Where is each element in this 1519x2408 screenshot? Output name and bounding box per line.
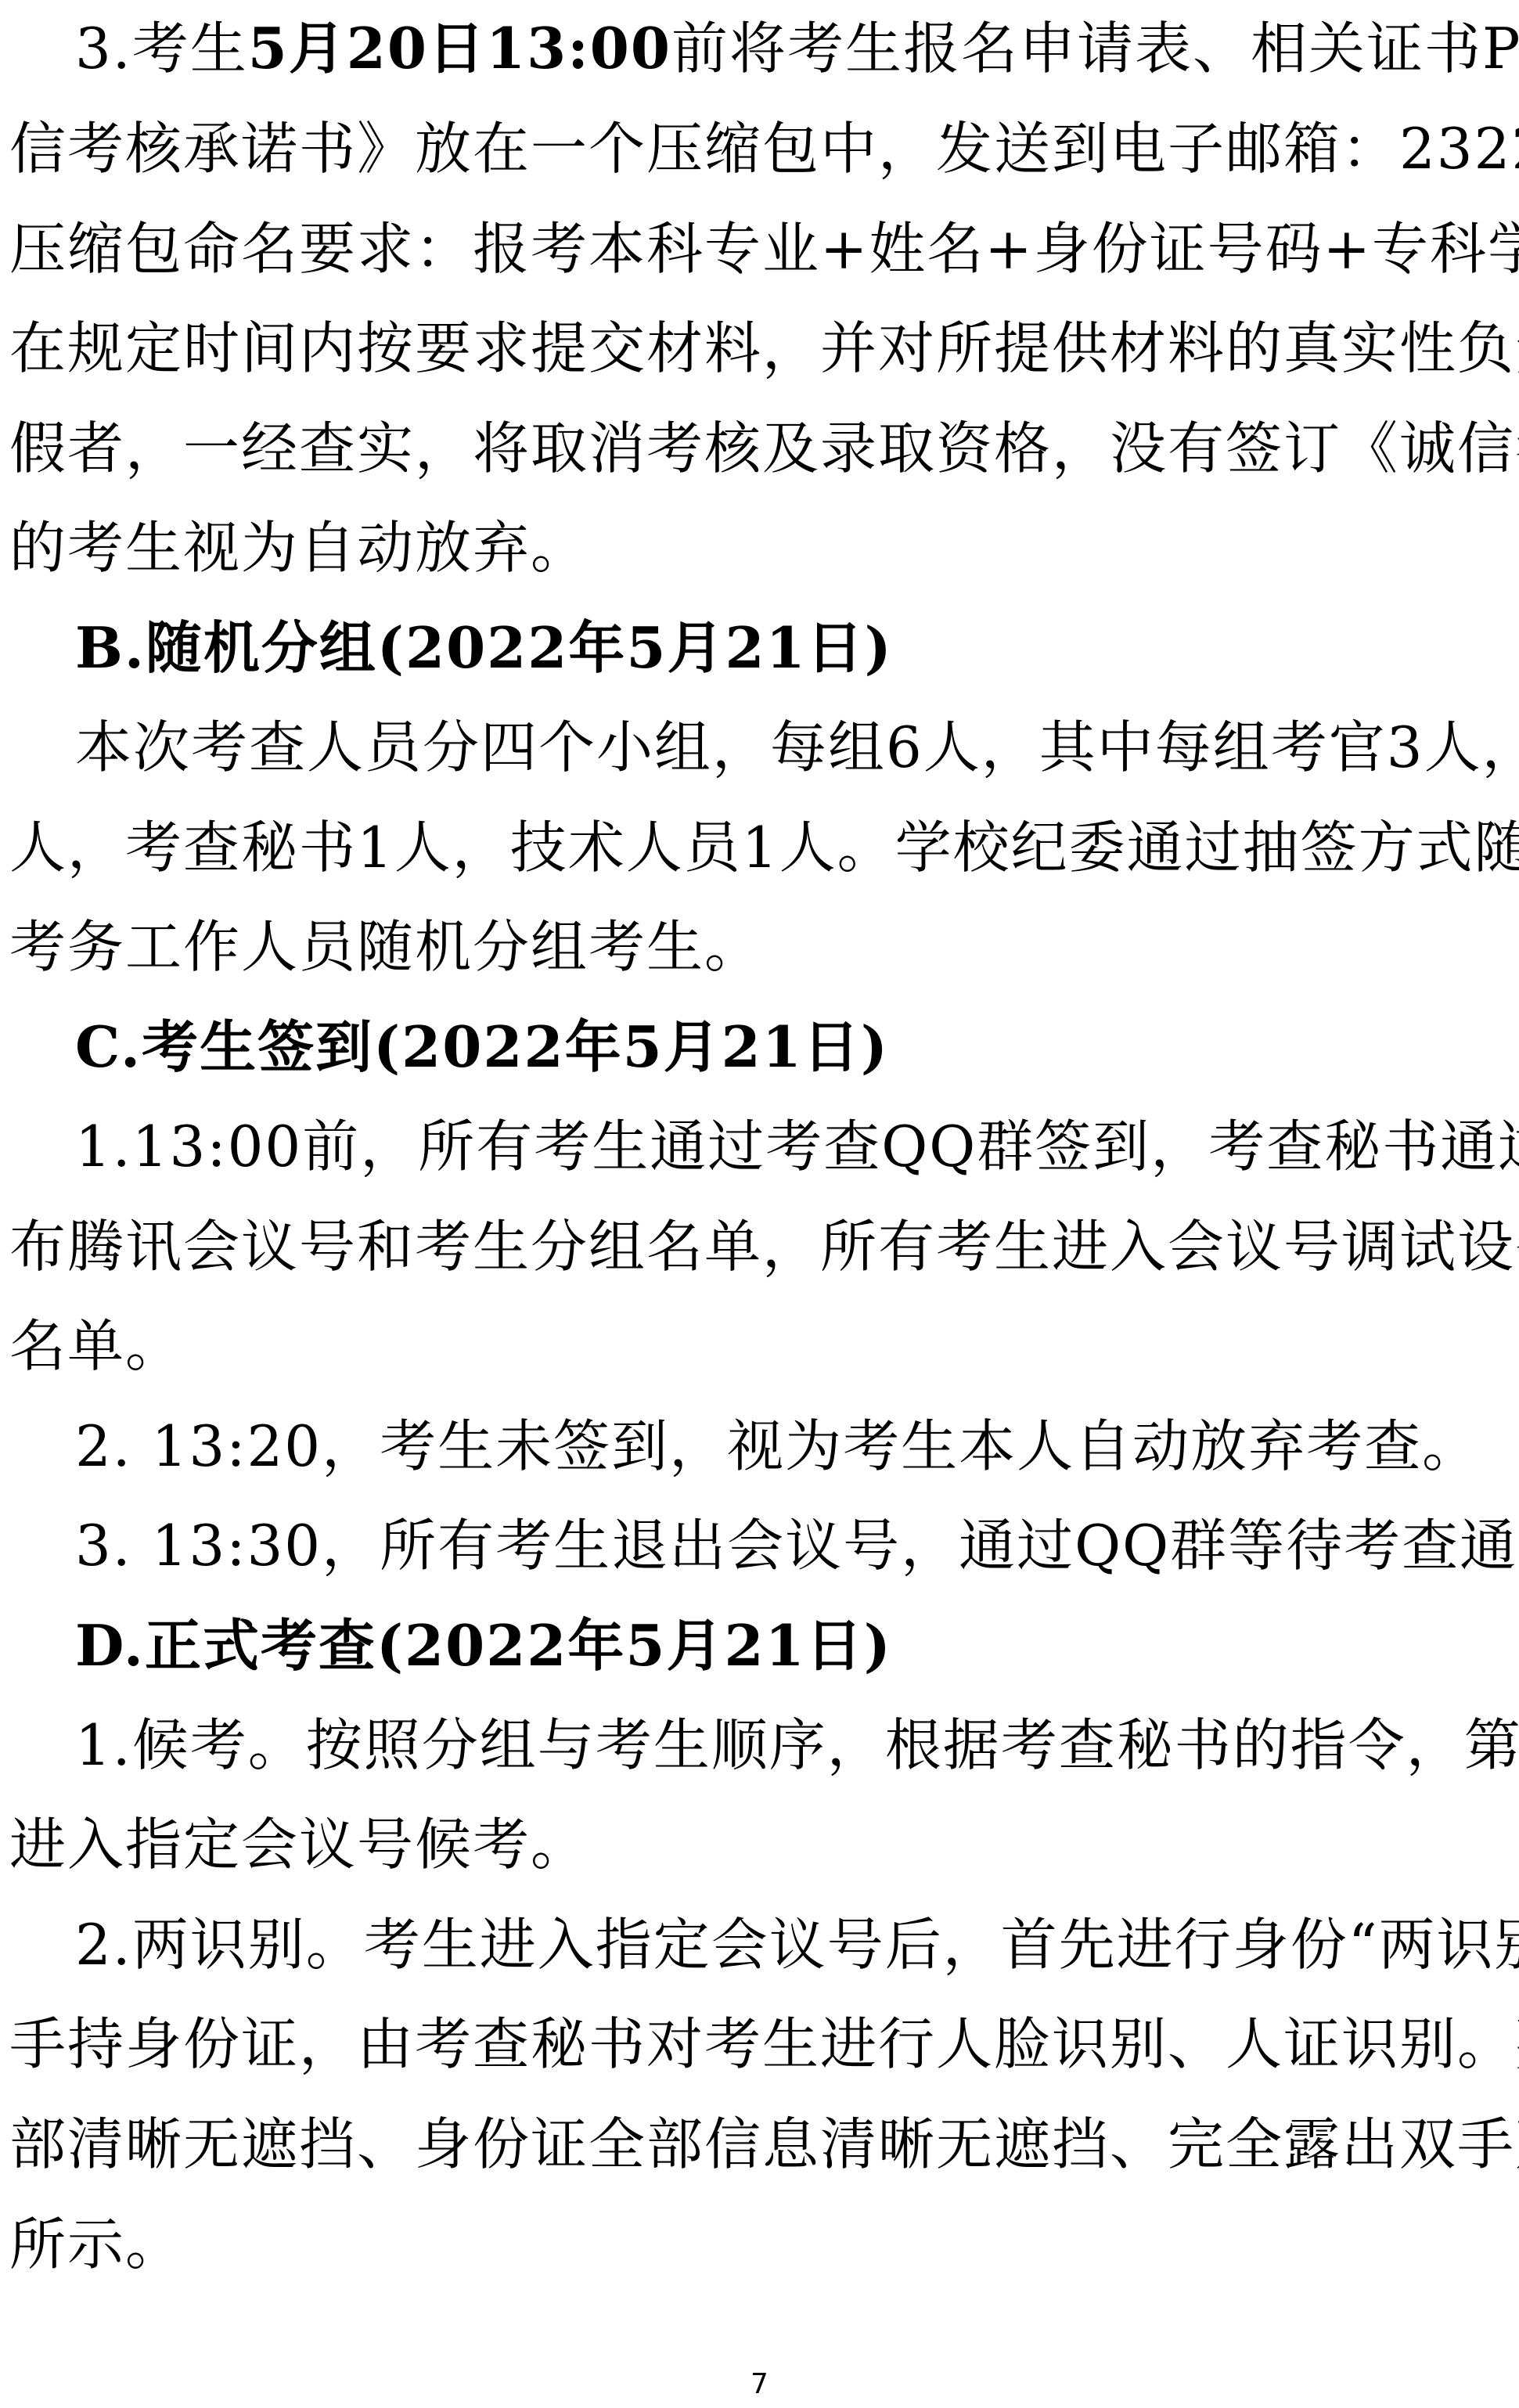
paragraph-line: 3.考生5月20日13:00前将考生报名申请表、相关证书PDF文件及《诚 — [75, 11, 1499, 86]
item-prefix: 3.考生 — [75, 16, 248, 81]
paragraph-text: 前将考生报名申请表、相关证书PDF文件及《诚 — [671, 16, 1519, 81]
paragraph-line: 在规定时间内按要求提交材料，并对所提供材料的真实性负责，对弄虚作 — [9, 311, 1496, 386]
paragraph-line: 1.候考。按照分组与考生顺序，根据考查秘书的指令，第一位考生13:50 — [75, 1708, 1499, 1783]
paragraph-line: 2.两识别。考生进入指定会议号后，首先进行身份“两识别”。考生 — [75, 1907, 1499, 1982]
paragraph-line: 手持身份证，由考查秘书对考生进行人脸识别、人证识别。要求：考生脸 — [9, 2007, 1496, 2082]
paragraph-line: 进入指定会议号候考。 — [9, 1807, 1496, 1882]
paragraph-line: 所示。 — [9, 2207, 1496, 2282]
page-number: 7 — [0, 2365, 1519, 2404]
paragraph-line: 2. 13:20，考生未签到，视为考生本人自动放弃考查。 — [75, 1409, 1499, 1484]
paragraph-line: 人，考查秘书1人，技术人员1人。学校纪委通过抽签方式随机产生考官， — [9, 810, 1496, 885]
paragraph-line: 假者，一经查实，将取消考核及录取资格，没有签订《诚信考核承诺书》 — [9, 411, 1496, 486]
section-heading-b: B.随机分组(2022年5月21日) — [75, 610, 1499, 686]
paragraph-line: 本次考查人员分四个小组，每组6人，其中每组考官3人，监督人员1 — [75, 710, 1499, 785]
paragraph-line: 布腾讯会议号和考生分组名单，所有考生进入会议号调试设备并查看分组 — [9, 1209, 1496, 1284]
paragraph-line: 压缩包命名要求：报考本科专业+姓名+身份证号码+专科学校名称。考生需 — [9, 211, 1496, 286]
section-heading-d: D.正式考查(2022年5月21日) — [75, 1608, 1499, 1683]
document-page: 3.考生5月20日13:00前将考生报名申请表、相关证书PDF文件及《诚 信考核… — [0, 0, 1519, 2408]
deadline-date: 5月20日13:00 — [248, 15, 671, 81]
section-heading-c: C.考生签到(2022年5月21日) — [75, 1010, 1499, 1085]
paragraph-line: 考务工作人员随机分组考生。 — [9, 909, 1496, 984]
paragraph-line: 部清晰无遮挡、身份证全部信息清晰无遮挡、完全露出双手双臂，如下图 — [9, 2107, 1496, 2182]
paragraph-line: 名单。 — [9, 1308, 1496, 1384]
paragraph-line: 3. 13:30，所有考生退出会议号，通过QQ群等待考查通知。 — [75, 1508, 1499, 1583]
paragraph-line: 1.13:00前，所有考生通过考查QQ群签到，考查秘书通过考查QQ群发 — [75, 1109, 1499, 1184]
paragraph-line: 的考生视为自动放弃。 — [9, 510, 1496, 585]
paragraph-line: 信考核承诺书》放在一个压缩包中，发送到电子邮箱：2322084106@qq.co… — [9, 111, 1496, 186]
